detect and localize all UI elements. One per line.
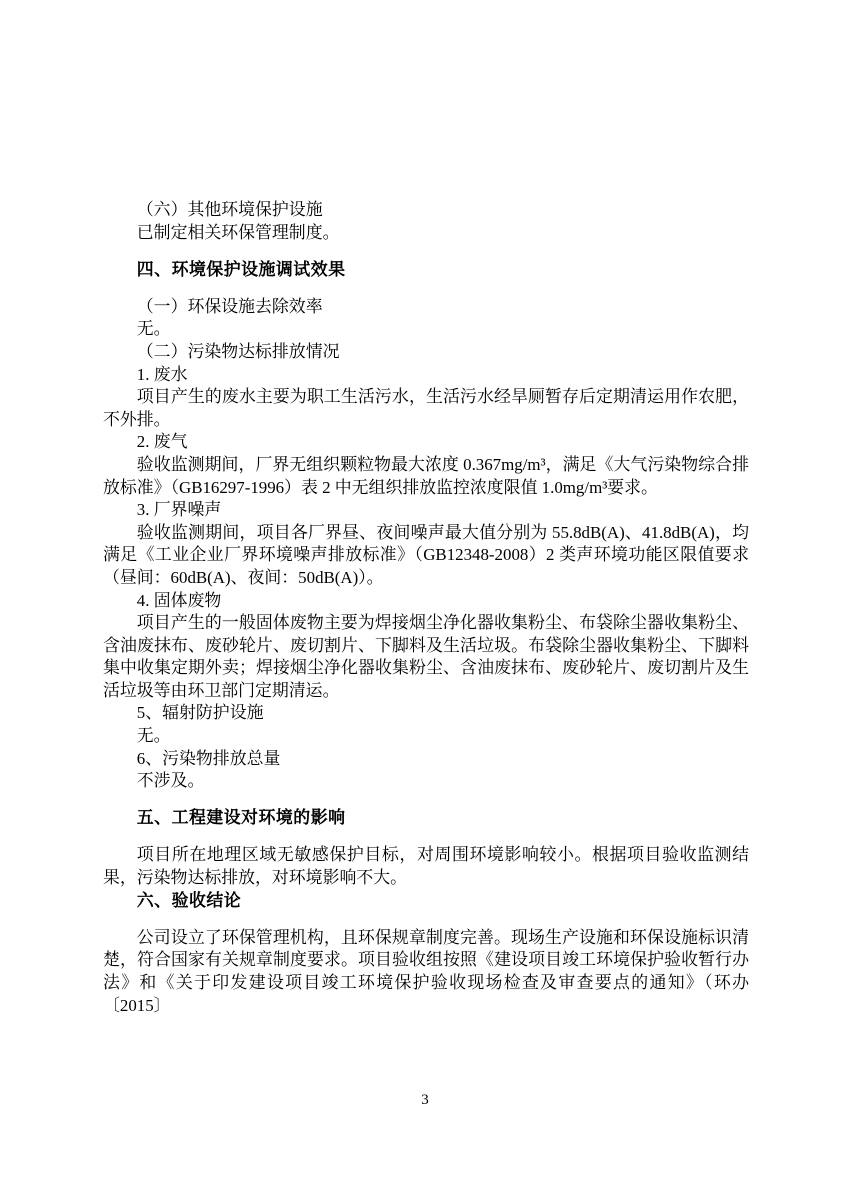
text-line: 2. 废气 [103,431,749,454]
paragraph: 项目所在地理区域无敏感保护目标，对周围环境影响较小。根据项目验收监测结果，污染物… [103,844,749,889]
document-content: （六）其他环境保护设施已制定相关环保管理制度。四、环境保护设施调试效果（一）环保… [103,199,749,1017]
text-line: 5、辐射防护设施 [103,702,749,725]
paragraph: 验收监测期间，厂界无组织颗粒物最大浓度 0.367mg/m³，满足《大气污染物综… [103,454,749,499]
text-line: 3. 厂界噪声 [103,499,749,522]
paragraph: 验收监测期间，项目各厂界昼、夜间噪声最大值分别为 55.8dB(A)、41.8d… [103,522,749,590]
document-page: （六）其他环境保护设施已制定相关环保管理制度。四、环境保护设施调试效果（一）环保… [0,0,850,1202]
text-line: 已制定相关环保管理制度。 [103,222,749,245]
text-line: （一）环保设施去除效率 [103,296,749,319]
text-line: 6、污染物排放总量 [103,748,749,771]
text-line: 4. 固体废物 [103,590,749,613]
paragraph: 项目产生的一般固体废物主要为焊接烟尘净化器收集粉尘、布袋除尘器收集粉尘、含油废抹… [103,612,749,702]
section-heading: 四、环境保护设施调试效果 [103,259,749,282]
text-line: （六）其他环境保护设施 [103,199,749,222]
page-number: 3 [0,1090,850,1110]
paragraph: 公司设立了环保管理机构，且环保规章制度完善。现场生产设施和环保设施标识清楚，符合… [103,927,749,1017]
text-line: 1. 废水 [103,364,749,387]
paragraph: 项目产生的废水主要为职工生活污水，生活污水经旱厕暂存后定期清运用作农肥，不外排。 [103,386,749,431]
section-heading: 五、工程建设对环境的影响 [103,807,749,830]
text-line: 不涉及。 [103,770,749,793]
text-line: （二）污染物达标排放情况 [103,341,749,364]
section-heading: 六、验收结论 [103,890,749,913]
text-line: 无。 [103,318,749,341]
text-line: 无。 [103,725,749,748]
